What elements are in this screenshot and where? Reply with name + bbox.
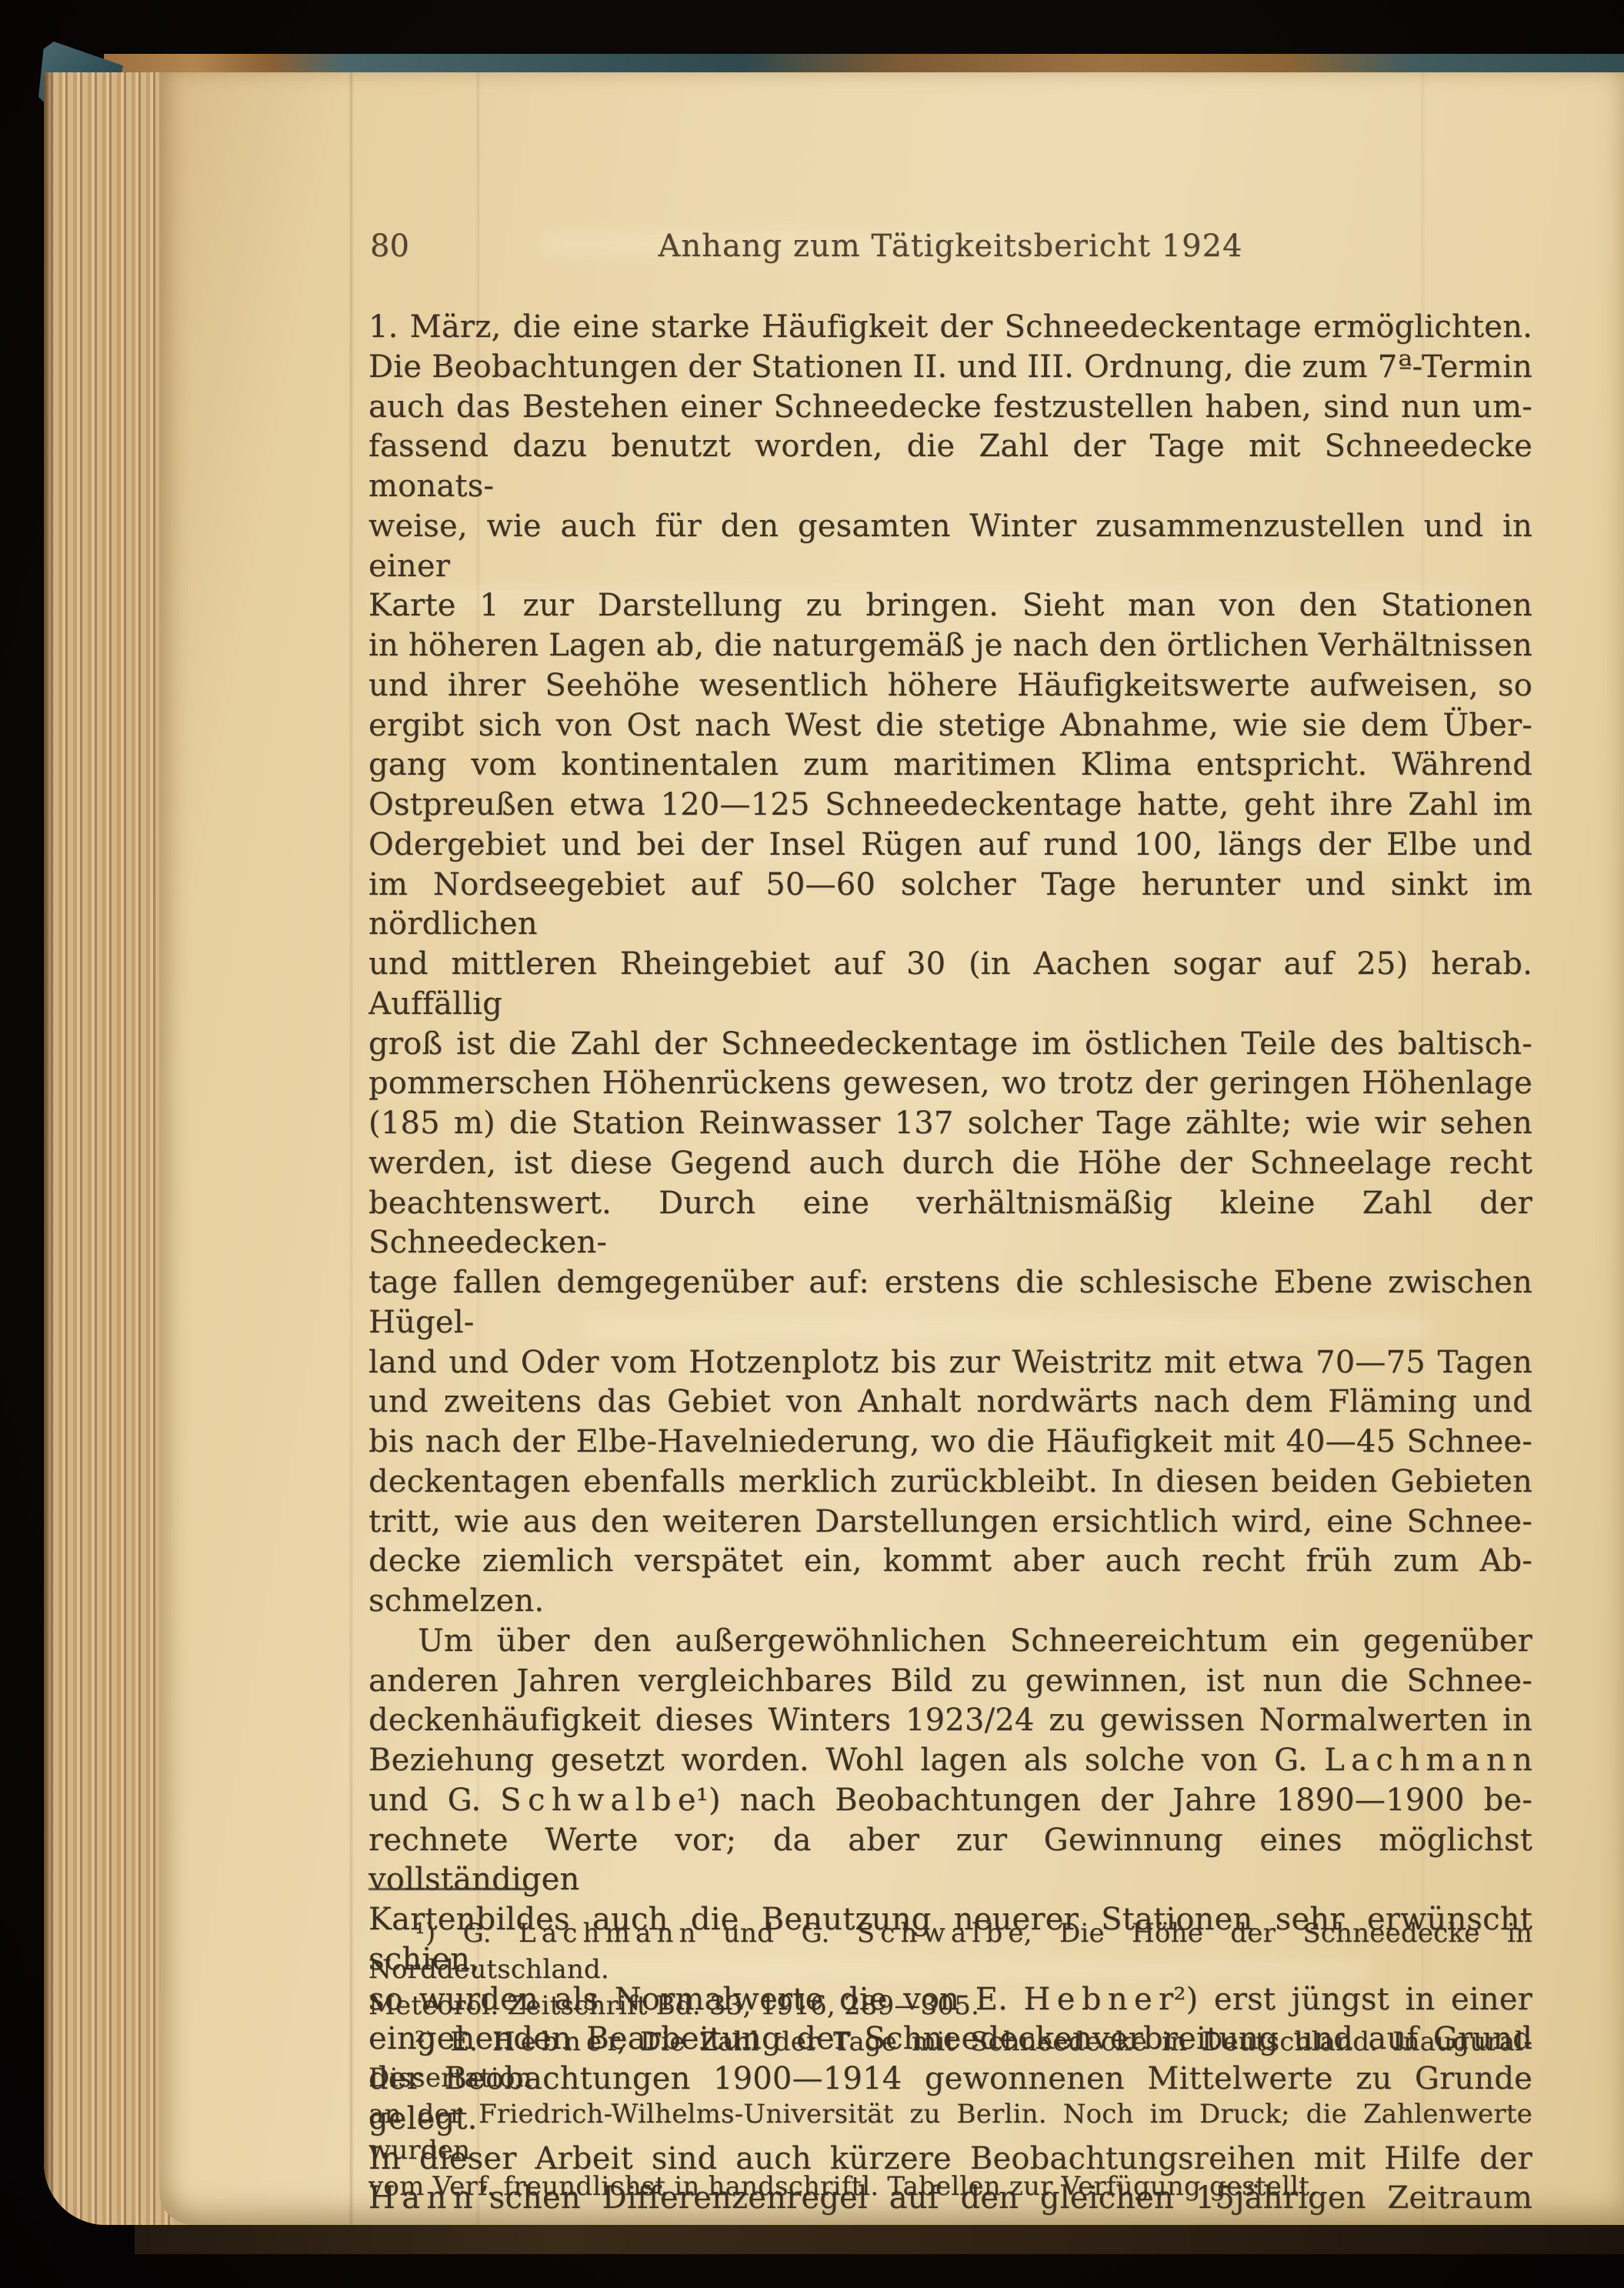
text-line: schmelzen.	[368, 1582, 1532, 1622]
scanned-book-photo: { "page": { "number": "80", "running_tit…	[0, 0, 1624, 2288]
text-line: deckentagen ebenfalls merklich zurückble…	[368, 1463, 1532, 1503]
text-line: weise, wie auch für den gesamten Winter …	[368, 507, 1532, 587]
text-line: bis nach der Elbe-Havelniederung, wo die…	[368, 1422, 1532, 1463]
text-line: gang vom kontinentalen zum maritimen Kli…	[368, 745, 1532, 785]
text-line: Um über den außergewöhnlichen Schneereic…	[368, 1622, 1532, 1662]
running-title: Anhang zum Tätigkeitsbericht 1924	[368, 228, 1532, 264]
text-line: beachtenswert. Durch eine verhältnismäßi…	[368, 1184, 1532, 1264]
text-line: auch das Bestehen einer Schneedecke fest…	[368, 388, 1532, 428]
text-line: in höheren Lagen ab, die naturgemäß je n…	[368, 626, 1532, 666]
text-line: tage fallen demgegenüber auf: erstens di…	[368, 1263, 1532, 1343]
text-line: tritt, wie aus den weiteren Darstellunge…	[368, 1503, 1532, 1543]
text-line: Karte 1 zur Darstellung zu bringen. Sieh…	[368, 586, 1532, 626]
footnote-separator-rule	[368, 1888, 533, 1890]
text-line: Odergebiet und bei der Insel Rügen auf r…	[368, 825, 1532, 866]
text-line: 1. März, die eine starke Häufigkeit der …	[368, 308, 1532, 348]
text-line: und ihrer Seehöhe wesentlich höhere Häuf…	[368, 666, 1532, 706]
text-line: Beziehung gesetzt worden. Wohl lagen als…	[368, 1741, 1532, 1781]
text-line: werden, ist diese Gegend auch durch die …	[368, 1144, 1532, 1184]
text-line: rechnete Werte vor; da aber zur Gewinnun…	[368, 1821, 1532, 1901]
text-line: pommerschen Höhenrückens gewesen, wo tro…	[368, 1064, 1532, 1104]
page-fold-line	[350, 72, 352, 2225]
text-line: ergibt sich von Ost nach West die stetig…	[368, 706, 1532, 746]
text-line: fassend dazu benutzt worden, die Zahl de…	[368, 427, 1532, 507]
text-line: deckenhäufigkeit dieses Winters 1923/24 …	[368, 1701, 1532, 1741]
text-line: und G. S c h w a l b e¹) nach Beobachtun…	[368, 1781, 1532, 1821]
page-header: 80 Anhang zum Tätigkeitsbericht 1924	[368, 228, 1532, 270]
text-line: an der Friedrich-Wilhelms-Universität zu…	[368, 2096, 1532, 2169]
text-line: Meteorol. Zeitschrift Bd. 33, 1916, 289—…	[368, 1988, 1532, 2024]
text-line: (185 m) die Station Reinwasser 137 solch…	[368, 1104, 1532, 1144]
text-line: im Nordseegebiet auf 50—60 solcher Tage …	[368, 866, 1532, 946]
text-line: ²) E. H e b n e r, Die Zahl der Tage mit…	[368, 2024, 1532, 2096]
text-line: vom Verf. freundlichst in handschriftl. …	[368, 2169, 1532, 2205]
text-line: Die Beobachtungen der Stationen II. und …	[368, 348, 1532, 388]
text-line: und mittleren Rheingebiet auf 30 (in Aac…	[368, 945, 1532, 1025]
text-line: decke ziemlich verspätet ein, kommt aber…	[368, 1542, 1532, 1582]
text-line: groß ist die Zahl der Schneedeckentage i…	[368, 1025, 1532, 1065]
page-edges-stack	[44, 72, 173, 2225]
book-cover-bottom-edge	[135, 2220, 1624, 2254]
text-line: land und Oder vom Hotzenplotz bis zur We…	[368, 1343, 1532, 1383]
text-line: anderen Jahren vergleichbares Bild zu ge…	[368, 1662, 1532, 1702]
footnotes: ¹) G. L a c h m a n n und G. S c h w a l…	[368, 1916, 1532, 2205]
text-line: und zweitens das Gebiet von Anhalt nordw…	[368, 1382, 1532, 1422]
text-line: Ostpreußen etwa 120—125 Schneedeckentage…	[368, 785, 1532, 825]
text-line: ¹) G. L a c h m a n n und G. S c h w a l…	[368, 1916, 1532, 1988]
